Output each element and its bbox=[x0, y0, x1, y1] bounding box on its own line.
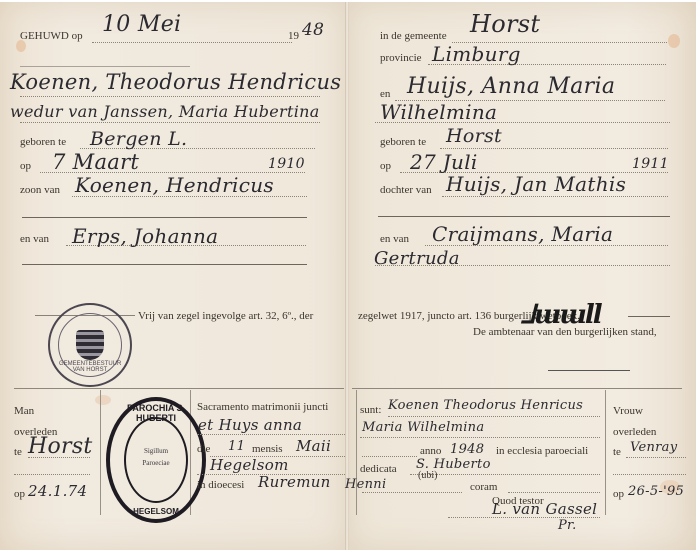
man-label: Man bbox=[14, 405, 34, 417]
column-divider bbox=[356, 390, 357, 515]
province: Limburg bbox=[432, 42, 521, 66]
bride-name: Huijs, Anna Maria bbox=[407, 74, 615, 99]
signature-underline bbox=[548, 370, 630, 371]
rule bbox=[375, 265, 670, 266]
rule bbox=[388, 416, 600, 417]
sacrament-label: Sacramento matrimonii juncti bbox=[197, 401, 328, 413]
woman-on-label: op bbox=[613, 488, 624, 500]
bride-father: Huijs, Jan Mathis bbox=[446, 172, 626, 196]
official-signature: ᒧɯɯll bbox=[520, 300, 601, 330]
and-of-label: en van bbox=[20, 233, 49, 245]
groom-father: Koenen, Hendricus bbox=[75, 173, 274, 197]
anno-year: 1948 bbox=[450, 442, 484, 457]
stamp-text: GEMEENTEBESTUUR VAN HORST bbox=[59, 361, 121, 373]
groom-birth-date: 7 Maart bbox=[52, 150, 139, 174]
rule bbox=[442, 196, 668, 197]
groom-widower: wedur van Janssen, Maria Hubertina bbox=[10, 102, 320, 121]
diocese: Ruremun bbox=[258, 473, 331, 491]
rule bbox=[197, 434, 345, 435]
parish-stamp-center2: Paroeciae bbox=[110, 459, 202, 467]
man-death-place: Horst bbox=[28, 434, 93, 459]
column-divider bbox=[605, 390, 606, 515]
man-death-date: 24.1.74 bbox=[28, 482, 87, 500]
rule bbox=[20, 96, 320, 97]
groom-mother: Erps, Johanna bbox=[72, 224, 218, 248]
coram-label: coram bbox=[470, 481, 497, 493]
marriage-place: Hegelsom bbox=[210, 456, 289, 474]
anno-label: anno bbox=[420, 445, 441, 457]
page-fold bbox=[345, 2, 349, 550]
province-label: provincie bbox=[380, 52, 422, 64]
municipality: Horst bbox=[470, 10, 540, 38]
woman-deceased-label: overleden bbox=[613, 426, 656, 438]
woman-death-place: Venray bbox=[630, 440, 677, 455]
man-at-label: te bbox=[14, 446, 22, 458]
rule bbox=[440, 148, 668, 149]
man-on-label: op bbox=[14, 488, 25, 500]
section-divider bbox=[14, 388, 344, 389]
married-date: 10 Mei bbox=[102, 12, 181, 37]
rule bbox=[14, 474, 90, 475]
sunt-names-cont: Maria Wilhelmina bbox=[362, 420, 484, 435]
month: Maii bbox=[296, 437, 331, 455]
stain bbox=[95, 395, 111, 405]
bride-name-cont: Wilhelmina bbox=[380, 100, 497, 124]
month-label: mensis bbox=[252, 443, 283, 455]
bride-birth-date: 27 Juli bbox=[410, 150, 478, 174]
parish-stamp-bottom: HEGELSOM bbox=[110, 507, 202, 516]
on-label: op bbox=[20, 160, 31, 172]
rule bbox=[375, 122, 670, 123]
groom-birthplace: Bergen L. bbox=[90, 128, 187, 150]
married-label: GEHUWD op bbox=[20, 30, 83, 42]
rule bbox=[362, 456, 417, 457]
married-year: 48 bbox=[302, 20, 324, 40]
born-label-bride: geboren te bbox=[380, 136, 426, 148]
rule bbox=[410, 474, 600, 475]
rule bbox=[22, 217, 307, 218]
priest-title: Pr. bbox=[558, 518, 577, 533]
sacrament-line2: et Huys anna bbox=[198, 416, 302, 434]
municipality-label: in de gemeente bbox=[380, 30, 447, 42]
rule bbox=[22, 264, 307, 265]
rule bbox=[628, 316, 670, 317]
born-label: geboren te bbox=[20, 136, 66, 148]
groom-birth-year: 1910 bbox=[268, 156, 305, 172]
rule bbox=[20, 66, 190, 67]
ubi: Henni bbox=[345, 477, 386, 492]
parish-stamp-center1: Sigillum bbox=[110, 447, 202, 455]
municipality-stamp: GEMEENTEBESTUUR VAN HORST bbox=[48, 303, 132, 387]
rule bbox=[448, 517, 600, 518]
rule bbox=[20, 122, 320, 123]
exemption-text-1: Vrij van zegel ingevolge art. 32, 6º., d… bbox=[138, 310, 313, 322]
bride-birthplace: Horst bbox=[446, 125, 502, 147]
rule bbox=[92, 42, 292, 43]
stain bbox=[668, 34, 680, 48]
dedicata-label: dedicata bbox=[360, 463, 397, 475]
rule bbox=[360, 437, 600, 438]
rule bbox=[508, 492, 600, 493]
and-of-label-bride: en van bbox=[380, 233, 409, 245]
rule bbox=[626, 457, 686, 458]
sunt-names: Koenen Theodorus Henricus bbox=[388, 398, 583, 413]
ecclesia-label: in ecclesia paroeciali bbox=[496, 445, 588, 457]
and-label: en bbox=[380, 88, 390, 100]
groom-name: Koenen, Theodorus Hendricus bbox=[10, 70, 341, 94]
woman-death-date: 26-5-'95 bbox=[628, 484, 684, 499]
priest-signature: L. van Gassel bbox=[492, 500, 597, 518]
woman-at-label: te bbox=[613, 446, 621, 458]
on-label-bride: op bbox=[380, 160, 391, 172]
rule bbox=[378, 216, 670, 217]
bride-mother: Craijmans, Maria bbox=[432, 222, 613, 246]
coat-of-arms-icon bbox=[76, 330, 104, 360]
column-divider bbox=[100, 390, 101, 515]
diocese-label: in dioecesi bbox=[197, 479, 244, 491]
sunt-label: sunt: bbox=[360, 404, 381, 416]
day-label: die bbox=[197, 443, 210, 455]
woman-label: Vrouw bbox=[613, 405, 643, 417]
rule bbox=[613, 474, 686, 475]
ubi-label: (ubi) bbox=[418, 470, 437, 481]
day: 11 bbox=[228, 439, 245, 454]
daughter-of-label: dochter van bbox=[380, 184, 432, 196]
section-divider bbox=[352, 388, 682, 389]
son-of-label: zoon van bbox=[20, 184, 60, 196]
married-year-prefix: 19 bbox=[288, 30, 299, 42]
bride-birth-year: 1911 bbox=[632, 156, 669, 172]
parish-stamp: PAROCHIA S. HUBERTI Sigillum Paroeciae H… bbox=[106, 397, 206, 523]
rule bbox=[362, 492, 462, 493]
